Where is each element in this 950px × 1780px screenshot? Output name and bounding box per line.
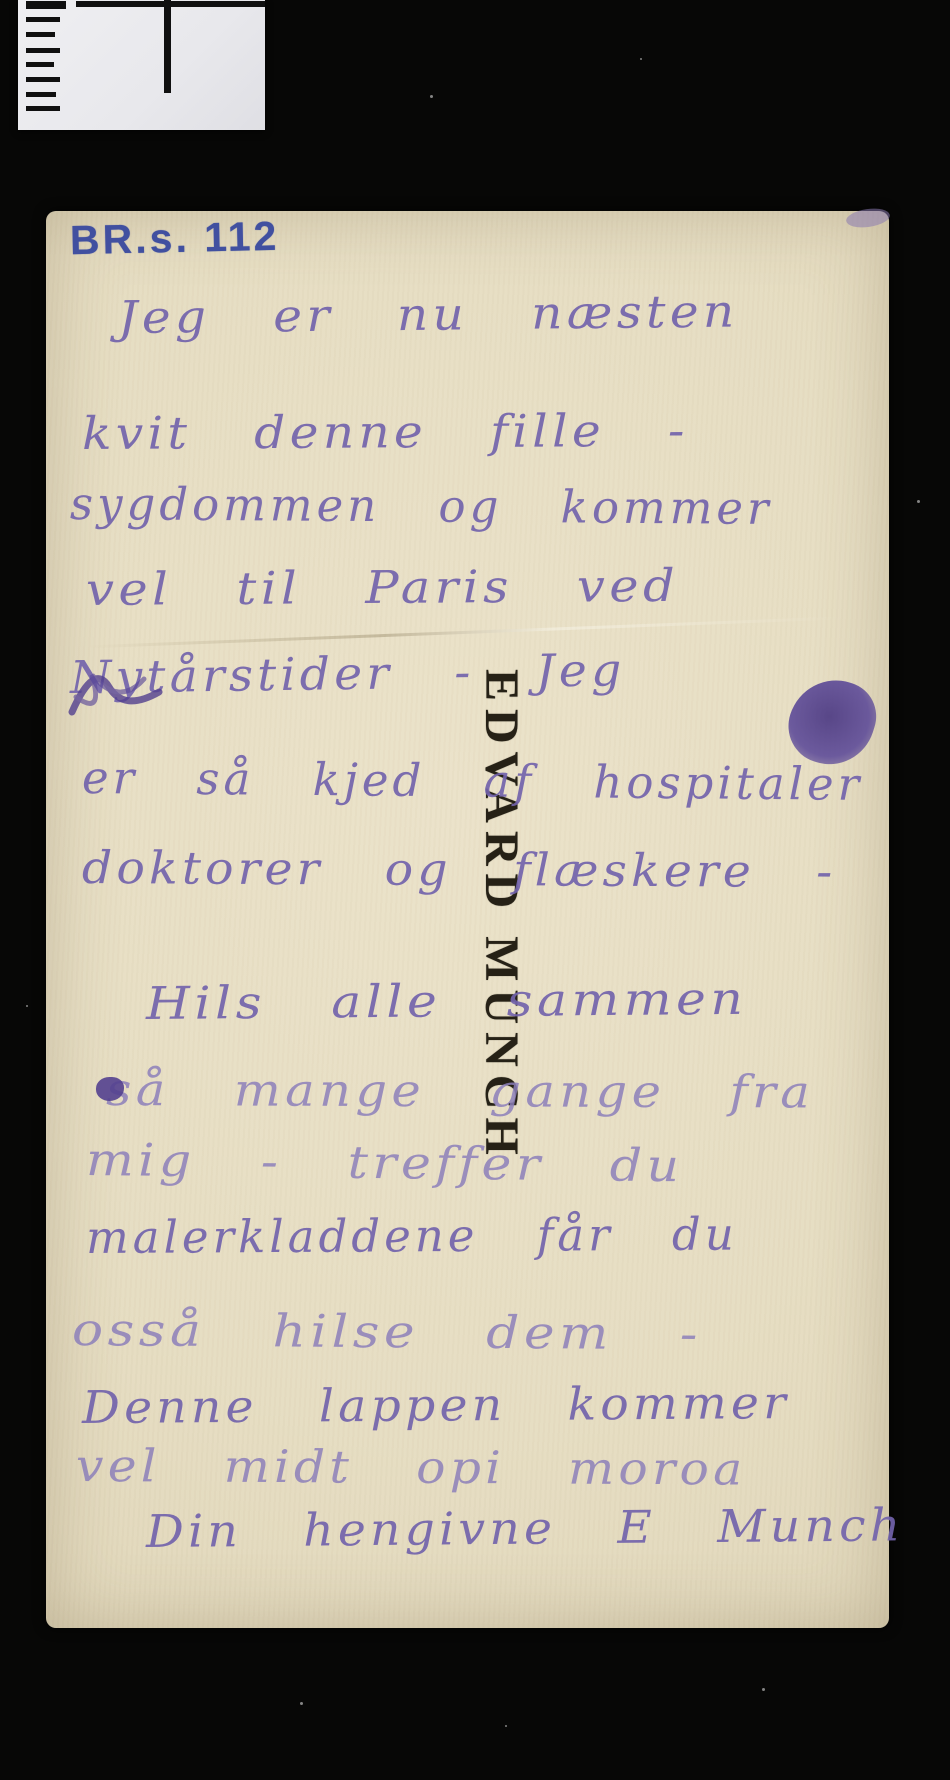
ruler-tick: [26, 77, 60, 82]
handwritten-line: Denne lappen kommer: [82, 1376, 790, 1434]
archive-number: BR.s. 112: [70, 213, 280, 264]
dust-speck: [762, 1688, 765, 1691]
handwritten-line: mig - treffer du: [86, 1133, 684, 1192]
ruler-tick: [26, 48, 60, 53]
calibration-scale-card: [18, 0, 265, 130]
scan-background: BR.s. 112 EDVARD MUNCH Jeg er nu næsten …: [0, 0, 950, 1780]
ink-scribble-correction: [64, 657, 214, 737]
ruler-tick: [26, 92, 56, 97]
postcard: BR.s. 112 EDVARD MUNCH Jeg er nu næsten …: [46, 211, 889, 1628]
crosshair-vertical-line: [164, 0, 171, 93]
handwritten-line: Din hengivne E Munch: [146, 1498, 905, 1558]
dust-speck: [505, 1725, 507, 1727]
ink-smudge: [845, 206, 891, 230]
dust-speck: [26, 1005, 28, 1007]
handwritten-line: kvit denne fille -: [82, 404, 689, 460]
ruler-tick: [26, 17, 60, 22]
dust-speck: [640, 58, 642, 60]
ruler-tick: [26, 62, 54, 67]
handwritten-line: er så kjed af hospitaler: [82, 751, 864, 811]
ruler-tick: [26, 1, 66, 9]
ruler-tick: [26, 106, 60, 111]
dust-speck: [917, 500, 920, 503]
handwritten-line: Jeg er nu næsten: [118, 285, 739, 344]
handwritten-line: sygdommen og kommer: [70, 477, 773, 535]
dust-speck: [300, 1702, 303, 1705]
handwritten-line: Hils alle sammen: [146, 972, 748, 1030]
ruler-tick: [26, 32, 55, 37]
dust-speck: [430, 95, 433, 98]
handwritten-line: malerkladdene får du: [86, 1208, 738, 1264]
handwritten-line: doktorer og flæskere -: [82, 841, 837, 898]
handwritten-line: vel midt opi moroa: [76, 1439, 747, 1496]
handwritten-line: så mange gange fra: [106, 1063, 814, 1118]
handwritten-line: osså hilse dem -: [72, 1303, 702, 1360]
handwritten-line: vel til Paris ved: [86, 559, 679, 616]
